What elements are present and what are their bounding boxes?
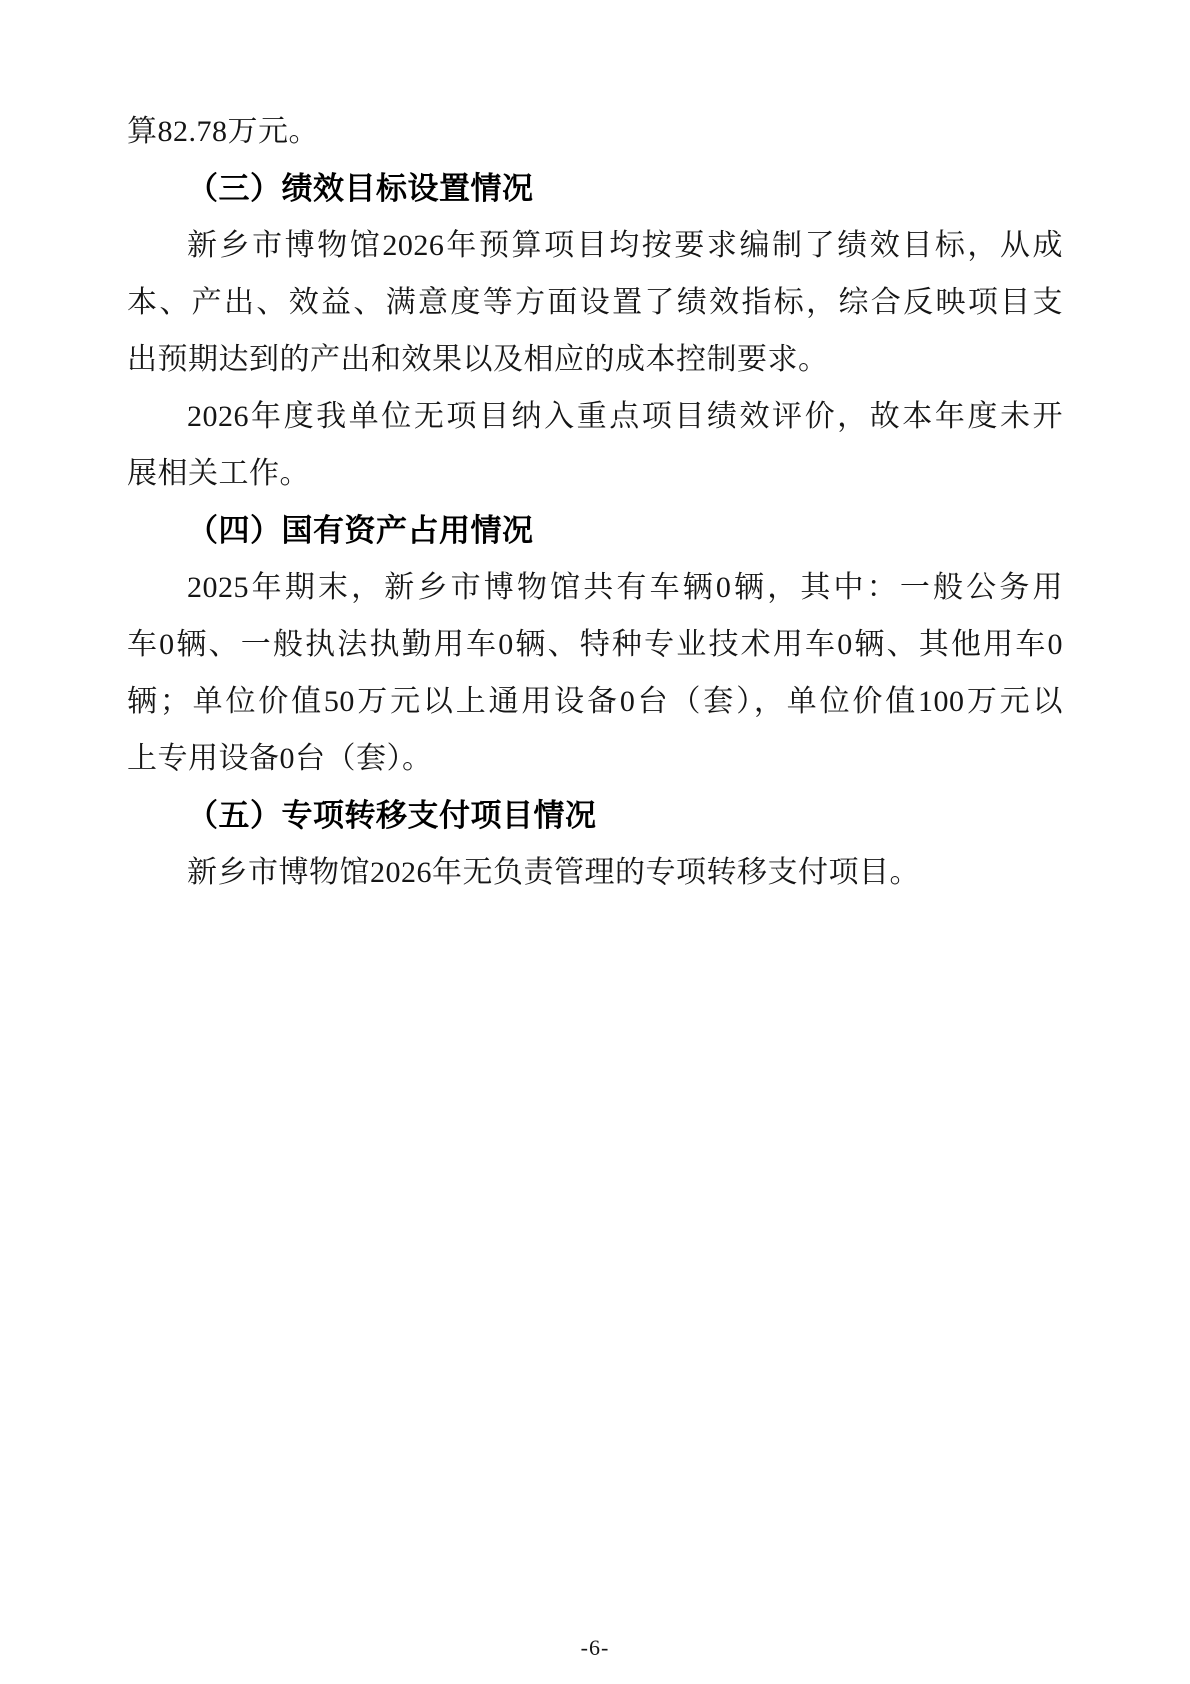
document-page: 算82.78万元。 （三）绩效目标设置情况 新乡市博物馆2026年预算项目均按要… bbox=[0, 0, 1190, 1684]
body-line: 展相关工作。 bbox=[127, 445, 1063, 502]
page-number: -6- bbox=[0, 1634, 1190, 1662]
body-line: 本、产出、效益、满意度等方面设置了绩效指标，综合反映项目支 bbox=[127, 274, 1063, 331]
body-line: 出预期达到的产出和效果以及相应的成本控制要求。 bbox=[127, 331, 1063, 388]
section-heading-3: （三）绩效目标设置情况 bbox=[127, 160, 1063, 217]
section-heading-5: （五）专项转移支付项目情况 bbox=[127, 787, 1063, 844]
body-line: 2025年期末，新乡市博物馆共有车辆0辆，其中：一般公务用 bbox=[127, 559, 1063, 616]
section-heading-4: （四）国有资产占用情况 bbox=[127, 502, 1063, 559]
continuation-line: 算82.78万元。 bbox=[127, 103, 1063, 160]
body-line: 新乡市博物馆2026年预算项目均按要求编制了绩效目标，从成 bbox=[127, 217, 1063, 274]
body-line: 新乡市博物馆2026年无负责管理的专项转移支付项目。 bbox=[127, 844, 1063, 901]
body-line: 2026年度我单位无项目纳入重点项目绩效评价，故本年度未开 bbox=[127, 388, 1063, 445]
body-line: 车0辆、一般执法执勤用车0辆、特种专业技术用车0辆、其他用车0 bbox=[127, 616, 1063, 673]
body-line: 辆；单位价值50万元以上通用设备0台（套），单位价值100万元以 bbox=[127, 673, 1063, 730]
body-line: 上专用设备0台（套）。 bbox=[127, 730, 1063, 787]
document-body: 算82.78万元。 （三）绩效目标设置情况 新乡市博物馆2026年预算项目均按要… bbox=[127, 103, 1063, 901]
